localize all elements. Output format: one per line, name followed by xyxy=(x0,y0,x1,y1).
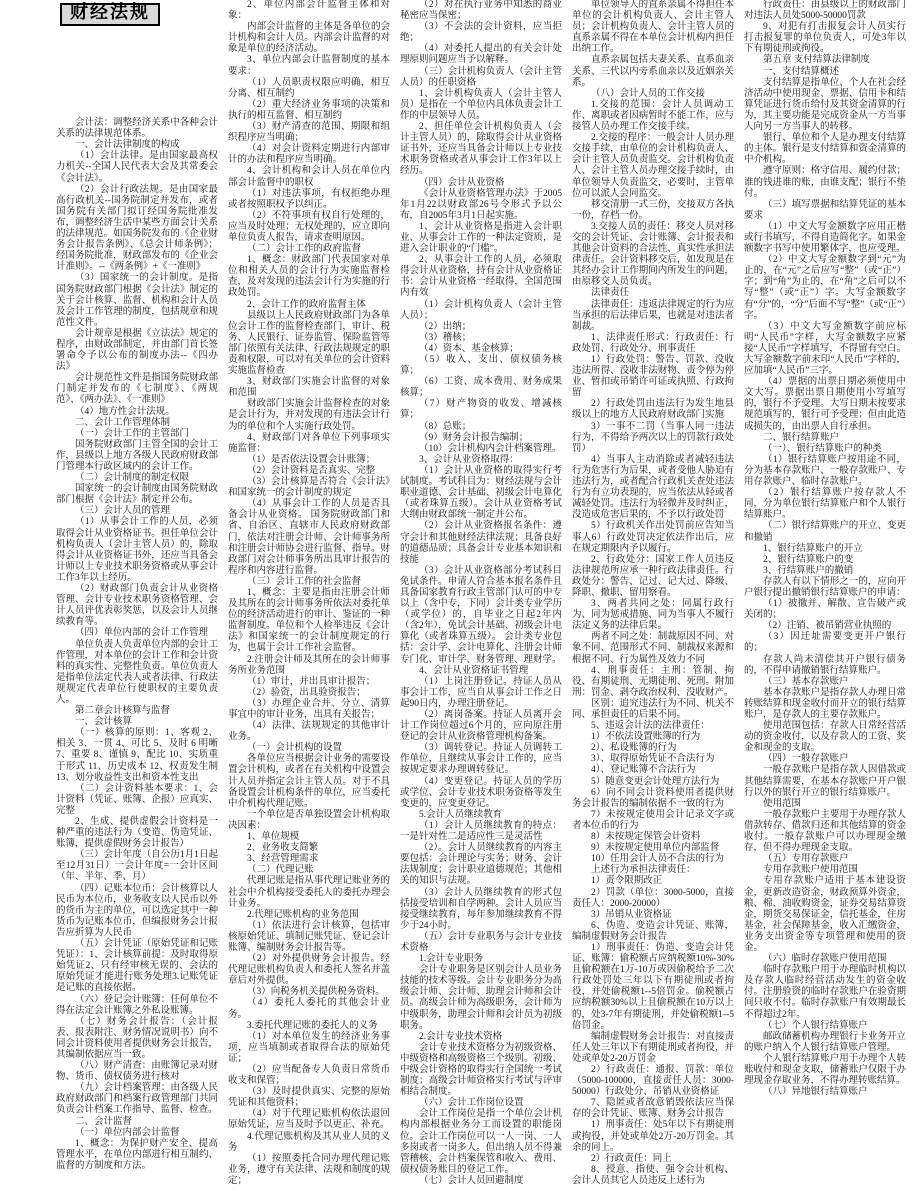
paragraph: （1）对本单位发生的经济业务事项，应当填制或者取得合法的原始凭证； xyxy=(228,1032,390,1065)
paragraph: 会计工作岗位是指一个单位会计机构内部根据业务分工而设置的职能岗位。会计工作岗位可… xyxy=(400,1109,562,1176)
paragraph: 8、授意、指使、强令会计机构、会计人员其它人员违反上述行为 xyxy=(572,1165,734,1187)
paragraph: （2）会计从业资格报名条件：遵守会计和其他财经法律法规；具备良好的道德品质；具备… xyxy=(400,521,562,565)
paragraph: （1）是否依法设置会计账簿； xyxy=(228,455,390,466)
paragraph: 3、行结算账户的撤销 xyxy=(744,566,906,577)
paragraph: （二）会计制度的制定权限 xyxy=(56,473,218,484)
paragraph: 专用存款账户使用范围 xyxy=(744,865,906,876)
paragraph: 1、银行结算账户的开立 xyxy=(744,544,906,555)
paragraph: （六）登记会计账簿：任何单位不得在法定会计账簿之外私设账簿。 xyxy=(56,995,218,1017)
page-title: 财经法规 xyxy=(70,2,150,22)
paragraph: 2、单位内部会计监督主体和对象： xyxy=(228,0,390,22)
paragraph: 4）当事人主动消除或者减轻违法行为危害行为后果，或者受他人胁迫有违法行为，或者配… xyxy=(572,455,734,522)
paragraph: 2）罚款（单位：3000-5000，直接责任人：2000-20000） xyxy=(572,888,734,910)
paragraph: （3）办理企业合并、分立、清算事宜中的审计业务，出具有关报告； xyxy=(228,699,390,721)
paragraph: （四）单位内部的会计工作管理 xyxy=(56,628,218,639)
paragraph: （2）出纳； xyxy=(400,322,562,333)
paragraph: 法律责任 xyxy=(572,288,734,299)
paragraph: （10）会计机构内会计档案管理。 xyxy=(400,444,562,455)
paragraph: （2）对在执行业务中知悉的商业秘密应当保密； xyxy=(400,0,562,22)
paragraph: 7、隐匿或者故意销毁依法应当保存的会计凭证、账簿、财务会计报告 xyxy=(572,1098,734,1120)
paragraph: 1.会计专业职务 xyxy=(400,954,562,965)
paragraph: （二）会计资料基本要求：1、会计资料（凭证、账簿、企报）应真实、完整 xyxy=(56,784,218,817)
paragraph: 1.交接的范围：会计人员调动工作、离职或者因病暂时不能工作，应与接管人员办理工作… xyxy=(572,100,734,133)
paragraph: （3）不会法的会计资料，应当拒绝； xyxy=(400,22,562,44)
paragraph: （4）对委托人提出的有关会计处理原则问题应当予以解释。 xyxy=(400,44,562,66)
paragraph: （4）地方性会计法规。 xyxy=(56,407,218,418)
paragraph: （三）会计人员的管理 xyxy=(56,506,218,517)
paragraph: （2）会计资料是否真实、完整 xyxy=(228,466,390,477)
paragraph: （4）法律、法规规定的其他审计业务。 xyxy=(228,721,390,743)
paragraph: （1）银行结算账户按用途不同，分为基本存款账户、一般存款账户、专用存款账户、临时… xyxy=(744,455,906,488)
paragraph: 一、会计核算 xyxy=(56,717,218,728)
paragraph: 6、伪造、变造会计凭证、账簿，编制虚假财务会计报告 xyxy=(572,921,734,943)
paragraph: （2）中文大写金额数字到“元”为止的，在“元”之后应写“整”（或“正”）字；到“… xyxy=(744,255,906,322)
paragraph: 1、概念：财政部门代表国家对单位和相关人员的会计行为实施监督检查，及对发现的违法… xyxy=(228,255,390,299)
paragraph: （1）会计从业资格的取得实行考试制度。考试科目为：财经法规与会计职业道德、会计基… xyxy=(400,466,562,521)
paragraph: 2.交接的程序：一般会计人员办理交接手续，由单位的会计机构负责人、会计主管人员负… xyxy=(572,133,734,200)
paragraph: （七）会计人员回避制度 xyxy=(400,1176,562,1187)
paragraph: （3）国家统一的会计制度。是指国务院财政部门根据《会计法》制定的关于会计核算、监… xyxy=(56,273,218,328)
paragraph: 2）行政处罚由违法行为发生地县级以上的地方人民政府财政部门实施 xyxy=(572,399,734,421)
paragraph: 4、刑事责任：主刑：管制、拘役、有期徒刑、无期徒刑、死刑。附加刑：罚金、剥夺政治… xyxy=(572,666,734,699)
paragraph: 10）任用会计人员不合法的行为 xyxy=(572,854,734,865)
paragraph: 第五章 支付结算法律制度 xyxy=(744,55,906,66)
paragraph: （8）总账； xyxy=(400,422,562,433)
paragraph: （4）委托人委托的其他会计业务。 xyxy=(228,998,390,1020)
paragraph: （3）因迁址需要变更开户银行的； xyxy=(744,632,906,654)
paragraph: 会计规范性文件是指国务院财政部门制定并发布的《七制度》、《两规范》、《两办法》、… xyxy=(56,373,218,406)
paragraph: （三）会计年度（自公历1月1日起至12月31日）一会计年度=一会计区间（年、半年… xyxy=(56,850,218,883)
paragraph: （1）上岗注册登记。持证人员从事会计工作，应当自从事会计工作之日起90日内，办理… xyxy=(400,677,562,710)
paragraph: （7）财产物资的收发、增减核算； xyxy=(400,399,562,421)
paragraph: （1）被撤并、解散、宣告破产或关闭的； xyxy=(744,599,906,621)
paragraph: （四）会计从业资格 xyxy=(400,178,562,189)
paragraph: （一）、银行结算账户的种类 xyxy=(744,444,906,455)
paragraph: 2、银行结算账户的变 xyxy=(744,555,906,566)
paragraph: 2）、私设账簿的行为 xyxy=(572,743,734,754)
paragraph: 3、两者共同之处：同属行政行为、同为惩戒措施、同为当事人不履行法定义务的法律后果… xyxy=(572,599,734,632)
paragraph: 3.委托代理记账的委托人的义务 xyxy=(228,1021,390,1032)
paragraph: （3）向税务机关提供税务资料。 xyxy=(228,987,390,998)
paragraph: 《会计从业资格管理办法》于2005年1月22以财政部26号令形式予以公布，自20… xyxy=(400,189,562,222)
paragraph: 会计法：调整经济关系中各种会计关系的法律规范体系。 xyxy=(56,118,218,140)
masthead-gap xyxy=(56,26,218,118)
paragraph: （四）记账本位币：会计核算以人民币为本位币，业务收支以人民币以外的货币为主的单位… xyxy=(56,884,218,939)
paragraph: （2）验资，出具验资报告； xyxy=(228,688,390,699)
paragraph: 5、违返会计法的法律责任： xyxy=(572,721,734,732)
paragraph: （一）单位内部会计监督 xyxy=(56,1128,218,1139)
paragraph: 存款人有以下情形之一的，应向开户银行提出撤销银行结算账户的申请： xyxy=(744,577,906,599)
paragraph: （3）会计人员继续教育的形式包括接受培训和自学两种。会计人员应当接受继续教育，每… xyxy=(400,888,562,932)
paragraph: （一）会计工作的主管部门 xyxy=(56,429,218,440)
paragraph: 二、银行结算账户 xyxy=(744,433,906,444)
paragraph: 3、单位内部会计监督制度的基本要求： xyxy=(228,55,390,77)
paragraph: 各单位应当根据会计业务的需要设置会计机构，或者在有关机构中设置会计人员并指定会计… xyxy=(228,754,390,809)
paragraph: （五）专用存款账户 xyxy=(744,854,906,865)
paragraph: 6）向不同会计资料使用者提供财务会计报告的编制依据不一致的行为 xyxy=(572,788,734,810)
paragraph: 9、对犯有打击报复会计人员实行打击报复罪的单位负责人，可处3年以下有期徒刑或拘役… xyxy=(744,22,906,55)
paragraph: （4）从事会计工作的人员是否具备会计从业资格。 国务院财政部门和省、自治区、直辖… xyxy=(228,499,390,577)
paragraph: 4）、登记账簿不合法行为 xyxy=(572,765,734,776)
paragraph: （2）银行结算账户按存款人不同，分为单位银行结算账户和个人银行结算账户。 xyxy=(744,488,906,521)
paragraph: 2）行政责任：通报、罚款：单位（5000-100000，直接责任人员：3000-… xyxy=(572,1065,734,1098)
paragraph: 会计专业职务是区别会计人员业务技能的技术等级。会计专业职务分为高级会计师、会计师… xyxy=(400,965,562,1032)
paragraph: （五）会计专业职务与会计专业技术资格 xyxy=(400,932,562,954)
document-flow: 财经法规 会计法：调整经济关系中各种会计关系的法律规范体系。一、会计法律制度的构… xyxy=(0,0,920,1191)
paragraph: 2、业务收支简繁 xyxy=(228,843,390,854)
paragraph: （3）中文大写金额数字前应标明“人民币”字样，大写金额数字应紧接“人民币”字样填… xyxy=(744,322,906,377)
paragraph: 遵守原则：格守信用、履约付款；谁的钱进谁的账，由谁支配；银行不垫付。 xyxy=(744,166,906,199)
paragraph: （3）财产清查的范围、期限和组织程序应当明确； xyxy=(228,122,390,144)
paragraph: 2、从事会计工作的人员，必须取得会计从业资格，持有会计从业资格证书：会计从业资格… xyxy=(400,255,562,299)
paragraph: 一般存款账户主要用于办理存款人借款转存、借款归还和其他结算的资金收付。一般存款账… xyxy=(744,810,906,854)
paragraph: 财政部门实施会计监督检查的对象是会计行为，并对发现的有违法会计行为的单位和个人实… xyxy=(228,399,390,432)
paragraph: （5）收入、支出、债权债务核算； xyxy=(400,355,562,377)
paragraph: 法律责任：违返法律规定的行为应当承担的后法律后果，也就是对违法者制裁。 xyxy=(572,300,734,333)
paragraph: 一、会计法律制度的构成 xyxy=(56,140,218,151)
paragraph: （一）会计机构的设置 xyxy=(228,743,390,754)
paragraph: （9）财务会计报告编制； xyxy=(400,433,562,444)
paragraph: 支付结算是指单位、个人在社会经济活动中使用现金、票据、信用卡和结算凭证进行货币给… xyxy=(744,78,906,133)
paragraph: 1）不依法设置账簿的行为 xyxy=(572,732,734,743)
paragraph: （1）会计法律。是由国家最高权力机关--全国人民代表大会及其常委会《会计法》。 xyxy=(56,151,218,184)
paragraph: （五）会计凭证（原始凭证和记账凭证）：1、会计核算前提：及时取得原始凭证2、只有… xyxy=(56,939,218,994)
paragraph: 临时存款账户用于办理临时机构以及存款人临时经营活动发生的资金收付。注册验资的临时… xyxy=(744,965,906,1020)
paragraph: 使用范围包括：存款人日常经营活动的资金收付，以及存款人的工资、奖金和现金的支取。 xyxy=(744,721,906,754)
paragraph: 单位领导人的直系亲属不得担任本单位的会计机构负责人、会计主管人员；会计机构负责人… xyxy=(572,0,734,55)
paragraph: （八）会计人员的工作交接 xyxy=(572,89,734,100)
paragraph: （1）依法进行会计核算，包括审核原始凭证、填制记账凭证、登记会计账簿、编制财务会… xyxy=(228,921,390,954)
paragraph: 2、会计工作的政府监督主体 xyxy=(228,300,390,311)
paragraph: （九）会计档案管理：由各级人民政府财政部门和档案行政管理部门共同负责会计档案工作… xyxy=(56,1083,218,1116)
paragraph: 2、行政处分：国家工作人员违反法律规范所应承一种行政法律责任。行政处分：警告、记… xyxy=(572,555,734,599)
paragraph: （3）及时提供真实、完整的原始凭证和其他资料； xyxy=(228,1087,390,1109)
paragraph: （三）填写票据和结算凭证的基本要求 xyxy=(744,200,906,222)
paragraph: （3）会计从业资格部分考试科目免试条件。申请人符合基本报名条件且具备国家教育行政… xyxy=(400,566,562,666)
paragraph: （三）会计工作的社会监督 xyxy=(228,577,390,588)
paragraph: 县级以上人民政府财政部门为各单位会计工作的监督检查部门，审计、税务、人民银行、证… xyxy=(228,311,390,378)
paragraph: 使用范围 xyxy=(744,799,906,810)
paragraph: 1）责令限期改正 xyxy=(572,876,734,887)
paragraph: 1、概念：主要是指由注册会计师及其所在的会计师事务所依法对委托单位的经济活动进行… xyxy=(228,588,390,655)
paragraph: 邮政储蓄机构办理银行卡业务开立的账户纳入个人银行结算账户管理。 xyxy=(744,1032,906,1054)
paragraph: 内部会计监督的主体是各单位的会计机构和会计人员。内部会计监督的对象是单位的经济活… xyxy=(228,22,390,55)
paragraph: （2）会计行政法规。是由国家最高行政机关--国务院制定并发布，或者国务院有关部门… xyxy=(56,185,218,274)
paragraph: 1、法律责任形式：行政责任：行政处罚、行政处分、刑事责任 xyxy=(572,333,734,355)
paragraph: （1）从事会计工作的人员，必须取得会计从业资格证书。担任单位会计机构负责人（会计… xyxy=(56,517,218,584)
paragraph: 1、会计机构负责人（会计主管人员）是指在一个单位内具体负责会计工作的中层领导人员… xyxy=(400,89,562,122)
paragraph: 2、担任单位会计机构负责人（会计主管人员）的，除取得会计从业资格证书外，还应当具… xyxy=(400,122,562,177)
paragraph: （二）会计工作的政府监督 xyxy=(228,244,390,255)
paragraph: （2）离岗备案。持证人员离开会计工作岗位超过6个月的，应向原注册登记的会计从业资… xyxy=(400,710,562,743)
paragraph: （三）会计机构负责人（会计主管人员）的任职资格 xyxy=(400,67,562,89)
masthead-box: 财经法规 xyxy=(60,3,160,26)
paragraph: 2.代理记账机构的业务范围 xyxy=(228,910,390,921)
paragraph: 行政责任：由县级以上的财政部门对违法人员处5000-50000罚款 xyxy=(744,0,906,22)
paragraph: 二、会计工作管理体制 xyxy=(56,418,218,429)
paragraph: （4）对于代理记账机构依法退回原始凭证，应当及时予以更正、补充。 xyxy=(228,1109,390,1131)
paragraph: （八）异地银行结算账户 xyxy=(744,1087,906,1098)
paragraph: 上述行为承担法律责任： xyxy=(572,865,734,876)
paragraph: （2）财政部门负责会计从业资格管理、会计专业技术职务资格管理、会计人员评优表彰奖… xyxy=(56,584,218,628)
paragraph: （八）财产清查：由账簿记录对财物、货币、债权债务进行核对 xyxy=(56,1061,218,1083)
paragraph: 3.交接人员的责任：移交人员对移交的会计凭证、会计账簿、会计报表和其他会计资料的… xyxy=(572,222,734,289)
paragraph: （2）。会计人员继续教育的内容主要包括：会计理论与实务；财务、会计法规制度；会计… xyxy=(400,843,562,887)
paragraph: 2）行政责任：同上 xyxy=(572,1154,734,1165)
paragraph: （2）重大经济业务事项的决策和执行的相互监督、相互制约 xyxy=(228,100,390,122)
paragraph: 一个单位是否单独设置会计机构取决因素： xyxy=(228,810,390,832)
paragraph: （4）票据的出票日期必须使用中文大写。票据出票日期使用小写填写的，银行不予受理。… xyxy=(744,377,906,432)
paragraph: 3、财政部门实施会计监督的对象和范围 xyxy=(228,377,390,399)
paragraph: （三）基本存款账户 xyxy=(744,677,906,688)
paragraph: 代理记账是指从事代理记账业务的社会中介机构接受委托人的委托办理会计业务。 xyxy=(228,876,390,909)
paragraph: 区别：追究违法行为不同、机关不同、承担责任的后果不同。 xyxy=(572,699,734,721)
paragraph: 二、会计监督 xyxy=(56,1117,218,1128)
paragraph: 2.会计专业技术资格 xyxy=(400,1032,562,1043)
paragraph: 2.注册会计师及其所在的会计师事务所业务范围 xyxy=(228,655,390,677)
paragraph: （4）资本、基金核算； xyxy=(400,344,562,355)
paragraph: 3）、取得原始凭证不合法行为 xyxy=(572,754,734,765)
paragraph: （4）变更登记。持证人员的学历或学位、会计专业技术职务资格等发生变更的，应变更登… xyxy=(400,777,562,810)
paragraph: 个人银行结算账户用于办理个人转账收付和现金支取，储蓄账户仅限于办理现金存取业务，… xyxy=(744,1054,906,1087)
paragraph: （1）对违法事项，有权拒绝办理或者按照职权予以纠正。 xyxy=(228,189,390,211)
paragraph: 1、概念：为保护财产安全、提高管理水平，在单位内部进行相互制约、监督的方制度和方… xyxy=(56,1139,218,1172)
paragraph: 直系亲属包括夫妻关系、直系血亲关系、三代以内旁系血亲以及近姻亲关系。 xyxy=(572,55,734,88)
paragraph: （二）代理记账 xyxy=(228,865,390,876)
paragraph: 4、财政部门对各单位下列事项实施监督： xyxy=(228,433,390,455)
paragraph: 编制虚假财务会计报告：对直接责任人处三年以下有期徒刑或者拘役，并处或单处2-20… xyxy=(572,1032,734,1065)
paragraph: 两者不同之处：制裁原因不同、对象不同、范围形式不同、制裁权来源和根据不同、行为属… xyxy=(572,632,734,665)
paragraph: （1）人员职责权限应明确，相互分离、相互制约 xyxy=(228,78,390,100)
paragraph: （四）一般存款账户 xyxy=(744,754,906,765)
paragraph: （1）会计机构负责人（会计主管人员）； xyxy=(400,300,562,322)
paragraph: 银行、单位和个人是办理支付结算的主体。银行是支付结算和资金清算的中介机构。 xyxy=(744,133,906,166)
paragraph: 国家统一的会计制度由国务院财政部门根据《会计法》制定并公布。 xyxy=(56,484,218,506)
paragraph: 2、生成、提供虚假会计资料是一种严重的违法行为（变造、伪造凭证、账簿，提供虚假财… xyxy=(56,817,218,850)
paragraph: 5）随意变更会计处理方法行为 xyxy=(572,777,734,788)
paragraph: 4、会计从业资格证书管理 xyxy=(400,666,562,677)
paragraph: 会计规章是根据《立法法》规定的程序，由财政部制定，并由部门首长签署命令予以公布的… xyxy=(56,329,218,373)
paragraph: （2）注销、被吊销营业执照的 xyxy=(744,621,906,632)
paragraph: 3、经营管理需求 xyxy=(228,854,390,865)
paragraph: （2）不符事项有权自行处理的，应当及时处理；无权处理的，应立即向单位负责人报告，… xyxy=(228,211,390,244)
paragraph: 1）行政处罚：警告、罚款、没收违法所得、没收非法财物、责令停为停业、暂扣或吊销许… xyxy=(572,355,734,399)
paragraph: 4.代理记账机构及其从业人员的义务 xyxy=(228,1132,390,1154)
paragraph: （1）中文大写金额数字应用正楷或行书填写，不得自造简化字。如果金额数字书写中使用… xyxy=(744,222,906,255)
paragraph: （2）对外提供财务会计报告。经代理记账机构负责人和委托人签名并盖章后对外提供。 xyxy=(228,954,390,987)
paragraph: （4）对会计资料定期进行内部审计的办法和程序应当明确。 xyxy=(228,144,390,166)
paragraph: 第二章会计核算与监督 xyxy=(56,706,218,717)
document-page: 财经法规 会计法：调整经济关系中各种会计关系的法律规范体系。一、会计法律制度的构… xyxy=(0,0,920,1191)
paragraph: （二）银行结算账户的开立、变更和撤销 xyxy=(744,521,906,543)
paragraph: 3）一事不二罚（当事人同一违法行为，不得给予两次以上的罚款行政处罚） xyxy=(572,422,734,455)
paragraph: 1、会计从业资格是指进入会计职业、从事会计工作的一种法定资质，是进入会计职业的“… xyxy=(400,222,562,255)
paragraph: （1）按照委托合同办理代理记账业务，遵守有关法律、法规和制度的规定； xyxy=(228,1154,390,1187)
paragraph: 5.会计人员继续教育 xyxy=(400,810,562,821)
paragraph: （1）审计，并出具审计报告； xyxy=(228,677,390,688)
paragraph: 专用存款账户适用于基本建设资金，更新改造资金，财政预算外资金，粮、棉、油收购资金… xyxy=(744,876,906,954)
paragraph: （一）核算的原则：1、客观 2、相关 3、一贯 4、可比 5、及时 6 明晰 7… xyxy=(56,728,218,783)
paragraph: （3）调转登记。持证人员调转工作单位，且继续从事会计工作的，应当按规定要求办理调… xyxy=(400,743,562,776)
paragraph: 4、会计机构和会计人员在单位内部会计监督中的职权 xyxy=(228,166,390,188)
paragraph: 基本存款账户是指存款人办理日常转账结算和现金收付而开立的银行结算账户，是存款人的… xyxy=(744,688,906,721)
paragraph: （1）会计人员继续教育的特点：一是针对性二是适应性三是灵活性 xyxy=(400,821,562,843)
paragraph: 8）未按规定保管会计资料 xyxy=(572,832,734,843)
paragraph: 1）刑事责任：处5年以下有期徒刑或拘役，并处或单处2万-20万罚金。其余的同上。 xyxy=(572,1120,734,1153)
paragraph: 单位负责人负责单位内部的会计工作管理，对本单位的会计工作和会计资料的真实性、完整… xyxy=(56,640,218,707)
paragraph: （六）临时存款账户使用范围 xyxy=(744,954,906,965)
paragraph: 移交清册一式三份，交接双方各执一份，存档一份。 xyxy=(572,200,734,222)
paragraph: 5）行政机关作出处罚前应告知当事人6）行政处罚决定依法作出后，应在规定期限内予以… xyxy=(572,521,734,554)
paragraph: 3）吊销从业资格证 xyxy=(572,910,734,921)
paragraph: 存款人尚未清偿其开户银行债务的，不得申请撤销银行结算账户。 xyxy=(744,655,906,677)
paragraph: （3）稽核； xyxy=(400,333,562,344)
paragraph: （六）会计工作岗位设置 xyxy=(400,1098,562,1109)
paragraph: 1）刑事责任：伪造、变造会计凭证、账簿：偷税额占应纳税额10%-30%且偷税额在… xyxy=(572,943,734,1032)
paragraph: （3）会计核算是否符合《会计法》和国家统一的会计制度的规定 xyxy=(228,477,390,499)
paragraph: 3、会计从业资格取得： xyxy=(400,455,562,466)
paragraph: （七）财务会计报告：（会计报表、报表附注、财务情况说明书）向不同会计资料使用者提… xyxy=(56,1017,218,1061)
paragraph: （2）应当配备专人负责日常货币收支和保管； xyxy=(228,1065,390,1087)
paragraph: 9）未按规定使用单位内部监督 xyxy=(572,843,734,854)
paragraph: 1、单位规模 xyxy=(228,832,390,843)
paragraph: （6）工资、成本费用、财务成果核算； xyxy=(400,377,562,399)
paragraph: 一、支付结算概述 xyxy=(744,67,906,78)
paragraph: 一般存款账户是指存款人因借款或其他结算需要，在基本存款账户开户银行以外的银行开立… xyxy=(744,765,906,798)
paragraph: （七）个人银行结算账户 xyxy=(744,1021,906,1032)
paragraph: 国务院财政部门主管全国的会计工作，县级以上地方各级人民政府财政部门管理本行政区域… xyxy=(56,440,218,473)
paragraph: 会计专业技术资格分为初级资格、中级资格和高级资格三个级别。初级、中级会计资格的取… xyxy=(400,1043,562,1098)
paragraph: 7）未按规定使用会计记录文字或者本位币的行为 xyxy=(572,810,734,832)
